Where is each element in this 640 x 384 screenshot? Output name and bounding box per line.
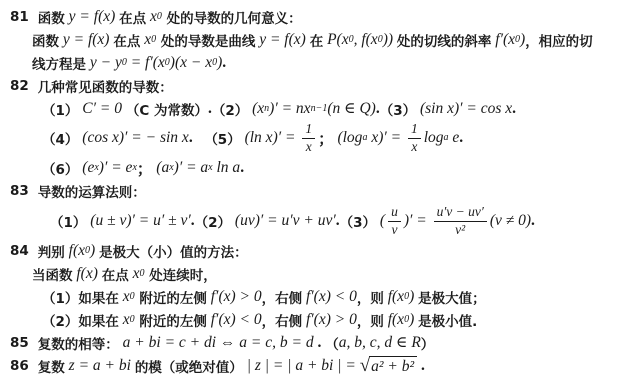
line-81-body-2: 线方程是 y − y0 = f′(x0)(x − x0). bbox=[4, 51, 636, 74]
cn-text: 处连续时， bbox=[145, 264, 217, 284]
cn-text: 是极大（小）值的方法： bbox=[99, 241, 248, 261]
cn-text: 85 bbox=[10, 335, 29, 351]
cn-text: 函数 bbox=[38, 7, 65, 27]
math-italic: C′ = 0 bbox=[78, 100, 125, 118]
cn-text: 当函数 bbox=[32, 264, 73, 284]
math-upright: . bbox=[240, 159, 244, 177]
cn-text: 在 bbox=[310, 30, 324, 50]
math-upright: . bbox=[189, 129, 205, 147]
math-italic: (log bbox=[334, 129, 363, 147]
cn-text: 复数的相等： bbox=[38, 333, 119, 353]
math-italic: (n ∈ Q) bbox=[327, 99, 376, 118]
cn-text: （1） bbox=[50, 211, 86, 231]
math-italic: (ln x)′ = bbox=[241, 129, 300, 147]
math-italic: )′ = e bbox=[99, 159, 133, 177]
cn-text: ，则 bbox=[357, 287, 384, 307]
cn-text: 在点 bbox=[102, 264, 129, 284]
math-upright: . bbox=[314, 334, 326, 352]
cn-text: ，右侧 bbox=[262, 310, 303, 330]
math-italic: ) bbox=[409, 288, 418, 306]
cn-text: （1）如果在 bbox=[42, 287, 119, 307]
math-upright: . bbox=[459, 129, 463, 147]
math-italic: ) bbox=[90, 242, 99, 260]
math-italic: x bbox=[119, 288, 130, 306]
line-81-heading: 81函数 y = f(x) 在点 x0 处的导数的几何意义： bbox=[4, 5, 636, 28]
math-italic: y − y bbox=[86, 54, 122, 72]
math-italic: x)′ = bbox=[367, 129, 405, 147]
cn-text: ，则 bbox=[357, 310, 384, 330]
math-italic: f′(x) > 0 bbox=[207, 288, 262, 306]
cn-text: （5） bbox=[204, 128, 240, 148]
fraction-denominator: x bbox=[408, 139, 421, 155]
math-italic: f′(x) > 0 bbox=[302, 311, 357, 329]
cn-text: （2）如果在 bbox=[42, 310, 119, 330]
cn-text: 处的导数的几何意义： bbox=[162, 7, 302, 27]
math-upright: ； bbox=[318, 127, 334, 149]
cn-text: 判别 bbox=[38, 241, 65, 261]
math-italic: a + bi = c + di ⇔ a = c, b = d bbox=[119, 334, 314, 352]
formula-list: 81函数 y = f(x) 在点 x0 处的导数的几何意义：函数 y = f(x… bbox=[4, 5, 636, 377]
fraction-numerator: 1 bbox=[408, 122, 421, 139]
math-italic: )(x − x bbox=[170, 54, 212, 72]
cn-text: 82 bbox=[10, 78, 29, 94]
cn-text: （6） bbox=[42, 158, 78, 178]
cn-text: （3） bbox=[380, 99, 416, 119]
cn-text: 处的导数是曲线 bbox=[156, 30, 255, 50]
math-italic: y = f(x) bbox=[65, 8, 119, 26]
math-italic: f(x bbox=[384, 311, 404, 329]
cn-text: ，相应的切 bbox=[525, 30, 593, 50]
math-italic: )) bbox=[383, 31, 397, 49]
line-83-heading: 83导数的运算法则： bbox=[4, 180, 636, 203]
fraction-denominator: v² bbox=[434, 222, 487, 238]
cn-text: （ bbox=[325, 333, 339, 353]
cn-text: 86 bbox=[10, 358, 29, 374]
math-radical: √a² + b² bbox=[360, 356, 417, 376]
math-italic: P(x bbox=[323, 31, 348, 49]
math-italic: y = f(x) bbox=[255, 31, 309, 49]
line-84-heading: 84判别 f(x0) 是极大（小）值的方法： bbox=[4, 239, 636, 262]
cn-text: （3） bbox=[340, 211, 376, 231]
cn-text: 在点 bbox=[119, 7, 146, 27]
math-italic: )′ = nx bbox=[269, 100, 310, 118]
cn-text: 附近的左侧 bbox=[135, 287, 207, 307]
math-italic: (sin x)′ = cos x bbox=[416, 100, 512, 118]
fraction-denominator: v bbox=[388, 222, 401, 238]
math-italic: f(x bbox=[384, 288, 404, 306]
cn-text: 在点 bbox=[113, 30, 140, 50]
cn-text: 函数 bbox=[32, 30, 59, 50]
cn-text: （C 为常数） bbox=[126, 99, 208, 119]
math-italic: | z | = | a + bi | = bbox=[243, 357, 360, 375]
math-italic: (cos x)′ = − sin x bbox=[78, 129, 188, 147]
cn-text: ，右侧 bbox=[262, 287, 303, 307]
cn-text: （4） bbox=[42, 128, 78, 148]
math-italic: e bbox=[449, 129, 460, 147]
math-italic: (x bbox=[248, 100, 264, 118]
radicand: a² + b² bbox=[369, 356, 417, 376]
math-italic: x bbox=[146, 8, 157, 26]
fraction-numerator: u′v − uv′ bbox=[434, 205, 487, 222]
math-italic: (v ≠ 0) bbox=[490, 212, 531, 230]
math-italic: (a bbox=[152, 159, 169, 177]
math-italic: (u ± v)′ = u′ ± v′ bbox=[86, 212, 190, 230]
line-81-body-1: 函数 y = f(x) 在点 x0 处的导数是曲线 y = f(x) 在 P(x… bbox=[4, 28, 636, 51]
math-italic: y = f(x) bbox=[59, 31, 113, 49]
math-upright: . bbox=[512, 100, 516, 118]
math-italic: )′ = a bbox=[174, 159, 209, 177]
math-upright: . bbox=[222, 54, 226, 72]
fraction-numerator: u bbox=[388, 205, 401, 222]
cn-text: 处的切线的斜率 bbox=[397, 30, 492, 50]
cn-text: ） bbox=[421, 333, 435, 353]
math-upright: . bbox=[531, 212, 535, 230]
math-italic: x bbox=[140, 31, 151, 49]
line-83-items: （1） (u ± v)′ = u′ ± v′.（2） (uv)′ = u′v +… bbox=[4, 203, 636, 240]
cn-text: 几种常见函数的导数： bbox=[38, 76, 173, 96]
cn-text: 导数的运算法则： bbox=[38, 181, 146, 201]
math-upright: ； bbox=[137, 157, 153, 179]
math-italic: log bbox=[424, 129, 444, 147]
math-italic: f′(x bbox=[491, 31, 515, 49]
cn-text: 81 bbox=[10, 9, 29, 25]
cn-text: 84 bbox=[10, 243, 29, 259]
math-italic: x bbox=[119, 311, 130, 329]
cn-text: 复数 bbox=[38, 356, 65, 376]
line-82-items-1-3: （1） C′ = 0 （C 为常数）.（2） (xn)′ = nxn−1(n ∈… bbox=[4, 97, 636, 120]
line-82-heading: 82几种常见函数的导数： bbox=[4, 74, 636, 97]
cn-text: （2） bbox=[195, 211, 231, 231]
math-italic: = f′(x bbox=[127, 54, 165, 72]
math-italic: (uv)′ = u′v + uv′ bbox=[231, 212, 336, 230]
math-italic: z = a + bi bbox=[65, 357, 135, 375]
cn-text: （1） bbox=[42, 99, 78, 119]
math-italic: (e bbox=[78, 159, 94, 177]
line-82-items-4-5: （4） (cos x)′ = − sin x. （5） (ln x)′ = 1x… bbox=[4, 120, 636, 157]
cn-text: 线方程是 bbox=[32, 53, 86, 73]
cn-text: 是极小值. bbox=[418, 310, 477, 330]
math-fraction: uv bbox=[388, 205, 401, 238]
cn-text: （2） bbox=[212, 99, 248, 119]
math-fraction: 1x bbox=[408, 122, 421, 155]
line-86: 86复数 z = a + bi 的模（或绝对值） | z | = | a + b… bbox=[4, 354, 636, 377]
math-italic: x bbox=[129, 265, 140, 283]
math-italic: f(x) bbox=[73, 265, 102, 283]
cn-text: 是极大值； bbox=[418, 287, 486, 307]
math-italic: ln a bbox=[213, 159, 241, 177]
line-82-item-6: （6） (ex)′ = ex； (ax)′ = ax ln a. bbox=[4, 157, 636, 180]
math-italic: f(x bbox=[65, 242, 85, 260]
fraction-numerator: 1 bbox=[302, 122, 315, 139]
formula-sheet: 81函数 y = f(x) 在点 x0 处的导数的几何意义：函数 y = f(x… bbox=[0, 0, 640, 377]
math-fraction: u′v − uv′v² bbox=[434, 205, 487, 238]
cn-text: 的模（或绝对值） bbox=[135, 356, 243, 376]
math-fraction: 1x bbox=[302, 122, 315, 155]
line-84-item-1: （1）如果在 x0 附近的左侧 f′(x) > 0，右侧 f′(x) < 0，则… bbox=[4, 285, 636, 308]
cn-text: 83 bbox=[10, 183, 29, 199]
math-italic: ) bbox=[409, 311, 418, 329]
line-84-item-2: （2）如果在 x0 附近的左侧 f′(x) < 0，右侧 f′(x) > 0，则… bbox=[4, 308, 636, 331]
line-84-condition: 当函数 f(x) 在点 x0 处连续时， bbox=[4, 262, 636, 285]
line-85: 85复数的相等： a + bi = c + di ⇔ a = c, b = d … bbox=[4, 331, 636, 354]
fraction-denominator: x bbox=[302, 139, 315, 155]
math-italic: , f(x bbox=[354, 31, 378, 49]
math-italic: ( bbox=[376, 212, 385, 230]
math-italic: )′ = bbox=[404, 212, 431, 230]
cn-text: 附近的左侧 bbox=[135, 310, 207, 330]
math-upright: . bbox=[417, 357, 425, 375]
math-italic: f′(x) < 0 bbox=[207, 311, 262, 329]
math-italic: f′(x) < 0 bbox=[302, 288, 357, 306]
math-italic: a, b, c, d ∈ R bbox=[339, 333, 421, 352]
